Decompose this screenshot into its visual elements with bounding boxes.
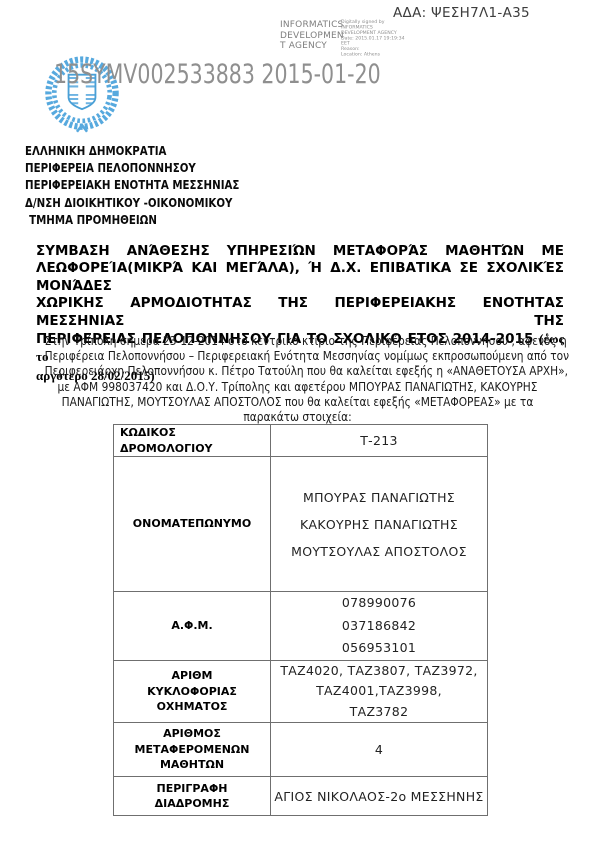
letterhead-line: ΠΕΡΙΦΕΡΕΙΑΚΗ ΕΝΟΤΗΤΑ ΜΕΣΣΗΝΙΑΣ (25, 176, 239, 193)
table-row-route-code: ΚΩΔΙΚΟΣ ΔΡΟΜΟΛΟΓΙΟΥ Τ-213 (114, 425, 488, 457)
letterhead-line: ΤΜΗΜΑ ΠΡΟΜΗΘΕΙΩΝ (25, 211, 239, 228)
stamp-agency-line: INFORMATICS (280, 20, 344, 31)
table-row-vehicle-plates: ΑΡΙΘΜ ΚΥΚΛΟΦΟΡΙΑΣ ΟΧΗΜΑΤΟΣ ΤΑΖ4020, ΤΑΖ3… (114, 660, 488, 723)
table-row-route-description: ΠΕΡΙΓΡΑΦΗ ΔΙΑΔΡΟΜΗΣ ΑΓΙΟΣ ΝΙΚΟΛΑΟΣ-2ο ΜΕ… (114, 777, 488, 816)
signature-stamp-agency: INFORMATICS DEVELOPMEN T AGENCY (280, 20, 344, 52)
row-value: ΜΠΟΥΡΑΣ ΠΑΝΑΓΙΩΤΗΣ ΚΑΚΟΥΡΗΣ ΠΑΝΑΓΙΩΤΗΣ Μ… (271, 457, 488, 592)
table-row-student-count: ΑΡΙΘΜΟΣ ΜΕΤΑΦΕΡΟΜΕΝΩΝ ΜΑΘΗΤΩΝ 4 (114, 723, 488, 777)
row-value: 078990076 037186842 056953101 (271, 592, 488, 661)
intro-line: Στην Τρίπολη σήμερα 23-12-2014 στο κεντρ… (45, 333, 551, 348)
row-value: ΤΑΖ4020, ΤΑΖ3807, ΤΑΖ3972, ΤΑΖ4001,ΤΑΖ39… (271, 660, 488, 723)
letterhead: ΕΛΛΗΝΙΚΗ ΔΗΜΟΚΡΑΤΙΑ ΠΕΡΙΦΕΡΕΙΑ ΠΕΛΟΠΟΝΝΗ… (25, 142, 239, 228)
stamp-detail-line: Location: Athens (341, 52, 405, 57)
signature-stamp-details: Digitally signed by INFORMATICS DEVELOPM… (341, 19, 405, 57)
intro-line: Περιφέρεια Πελοποννήσου – Περιφερειακή Ε… (45, 348, 551, 363)
row-label: ΚΩΔΙΚΟΣ ΔΡΟΜΟΛΟΓΙΟΥ (114, 425, 271, 457)
ada-code: ΑΔΑ: ΨΕΣΗ7Λ1-Α35 (393, 5, 530, 21)
intro-line: ΠΑΝΑΓΙΩΤΗΣ, ΜΟΥΤΣΟΥΛΑΣ ΑΠΟΣΤΟΛΟΣ που θα … (45, 394, 551, 409)
letterhead-line: ΕΛΛΗΝΙΚΗ ΔΗΜΟΚΡΑΤΙΑ (25, 142, 239, 159)
row-value: 4 (271, 723, 488, 777)
letterhead-line: ΠΕΡΙΦΕΡΕΙΑ ΠΕΛΟΠΟΝΝΗΣΟΥ (25, 159, 239, 176)
row-label: Α.Φ.Μ. (114, 592, 271, 661)
diavgeia-registry-code: 15SYMV002533883 2015-01-20 (54, 59, 381, 90)
table-row-full-name: ΟΝΟΜΑΤΕΠΩΝΥΜΟ ΜΠΟΥΡΑΣ ΠΑΝΑΓΙΩΤΗΣ ΚΑΚΟΥΡΗ… (114, 457, 488, 592)
row-label: ΟΝΟΜΑΤΕΠΩΝΥΜΟ (114, 457, 271, 592)
intro-paragraph: Στην Τρίπολη σήμερα 23-12-2014 στο κεντρ… (45, 333, 551, 424)
table-row-tax-id: Α.Φ.Μ. 078990076 037186842 056953101 (114, 592, 488, 661)
row-label: ΠΕΡΙΓΡΑΦΗ ΔΙΑΔΡΟΜΗΣ (114, 777, 271, 816)
title-line: ΛΕΩΦΟΡΕΊΑ(ΜΙΚΡΆ ΚΑΙ ΜΕΓΆΛΑ), Ή Δ.Χ. ΕΠΙΒ… (36, 260, 564, 295)
row-label: ΑΡΙΘΜ ΚΥΚΛΟΦΟΡΙΑΣ ΟΧΗΜΑΤΟΣ (114, 660, 271, 723)
row-value: Τ-213 (271, 425, 488, 457)
row-label: ΑΡΙΘΜΟΣ ΜΕΤΑΦΕΡΟΜΕΝΩΝ ΜΑΘΗΤΩΝ (114, 723, 271, 777)
intro-line: παρακάτω στοιχεία: (45, 409, 551, 424)
stamp-detail-line: Date: 2015.01.17 19:19:34 (341, 35, 405, 40)
title-line: ΣΥΜΒΑΣΗ ΑΝΆΘΕΣΗΣ ΥΠΗΡΕΣΙΏΝ ΜΕΤΑΦΟΡΆΣ ΜΑΘ… (36, 243, 564, 260)
intro-line: με ΑΦΜ 998037420 και Δ.Ο.Υ. Τρίπολης και… (45, 379, 551, 394)
intro-line: Περιφερειάρχη Πελοποννήσου κ. Πέτρο Τατο… (45, 363, 551, 378)
stamp-agency-line: T AGENCY (280, 41, 344, 52)
contract-details-table: ΚΩΔΙΚΟΣ ΔΡΟΜΟΛΟΓΙΟΥ Τ-213 ΟΝΟΜΑΤΕΠΩΝΥΜΟ … (113, 424, 488, 816)
row-value: ΑΓΙΟΣ ΝΙΚΟΛΑΟΣ-2ο ΜΕΣΣΗΝΗΣ (271, 777, 488, 816)
stamp-agency-line: DEVELOPMEN (280, 31, 344, 42)
letterhead-line: Δ/ΝΣΗ ΔΙΟΙΚΗΤΙΚΟΥ -ΟΙΚΟΝΟΜΙΚΟΥ (25, 194, 239, 211)
title-line: ΧΩΡΙΚΗΣ ΑΡΜΟΔΙΟΤΗΤΑΣ ΤΗΣ ΠΕΡΙΦΕΡΕΙΑΚΗΣ Ε… (36, 295, 564, 330)
